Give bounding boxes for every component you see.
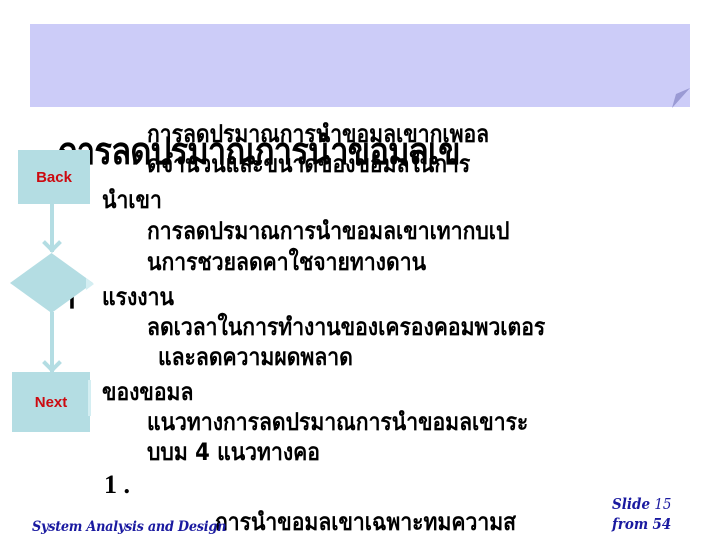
bullet-arrow-icon (86, 278, 94, 290)
next-button-label: Next (35, 394, 68, 411)
body-line-11: บบม 4 แนวทางคอ (147, 438, 320, 466)
body-line-10: แนวทางการลดปรมาณการนำขอมลเขาระ (147, 408, 528, 436)
body-line-4: การลดปรมาณการนำขอมลเขาเทากบเป (147, 217, 509, 245)
decision-diamond-icon (10, 253, 93, 313)
from-word: from (612, 515, 648, 533)
body-line-9: ของขอมล (102, 378, 193, 406)
body-line-13: การนำขอมลเขาเฉพาะทมความส (215, 508, 516, 536)
slide-number: 15 (654, 495, 671, 513)
page-curl-icon (672, 86, 692, 108)
body-line-8: และลดความผดพลาด (158, 343, 353, 371)
list-number: 1 . (104, 470, 130, 500)
body-line-2: ดจำนวนและขนาดของขอมลในการ (147, 150, 470, 178)
course-name: System Analysis and Design (32, 519, 226, 535)
body-line-7: ลดเวลาในการทำงานของเครองคอมพวเตอร (147, 313, 545, 341)
back-button[interactable]: Back (18, 150, 90, 204)
body-line-6: แรงงาน (102, 283, 174, 311)
back-button-label: Back (36, 169, 72, 186)
body-line-1: การลดปรมาณการนำขอมลเขากเพอล (147, 120, 489, 148)
slide-counter: Slide 15 from 54 (612, 494, 693, 534)
next-button[interactable]: Next (12, 372, 90, 432)
slide-word: Slide (612, 495, 650, 513)
total-slides: 54 (653, 515, 672, 533)
body-line-3: นำเขา (102, 186, 162, 214)
bullet-bar (88, 380, 91, 416)
body-line-5: นการชวยลดคาใชจายทางดาน (147, 248, 426, 276)
